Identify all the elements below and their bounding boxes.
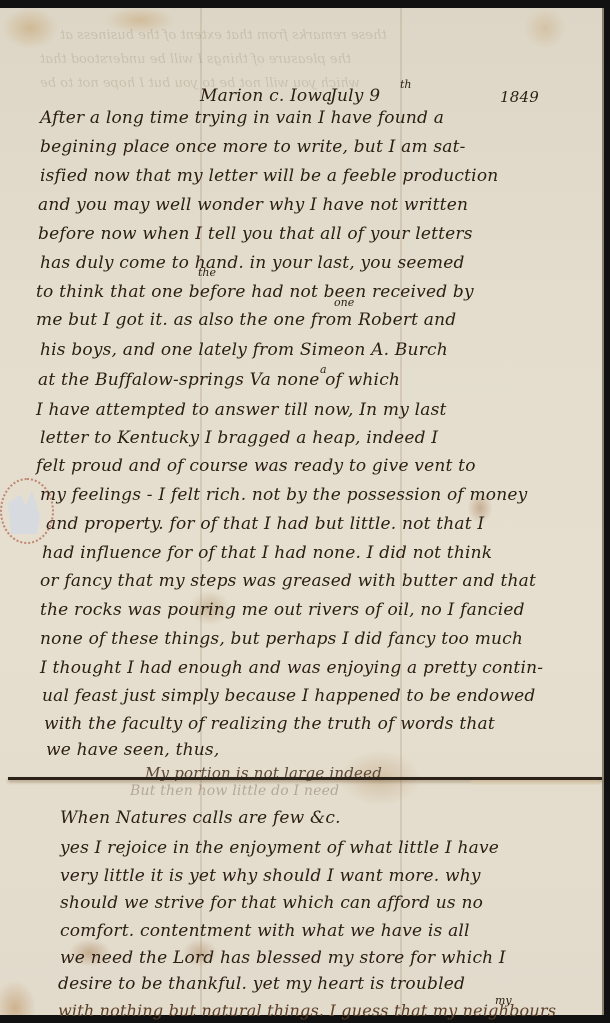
letter-line: before now when I tell you that all of y… xyxy=(38,224,473,244)
letter-date-suffix: th xyxy=(400,78,412,91)
letter-line: my feelings - I felt rich. not by the po… xyxy=(40,485,527,505)
paper-tear xyxy=(470,780,600,786)
letter-line: should we strive for that which can affo… xyxy=(60,893,483,913)
interlinear-insertion: the xyxy=(198,266,216,279)
letter-line: felt proud and of course was ready to gi… xyxy=(36,456,476,476)
letter-line: isfied now that my letter will be a feeb… xyxy=(40,166,498,186)
letter-line: or fancy that my steps was greased with … xyxy=(40,571,536,591)
letter-line: me but I got it. as also the one from Ro… xyxy=(36,310,456,330)
letter-line: very little it is yet why should I want … xyxy=(60,866,481,886)
letter-place: Marion c. Iowa xyxy=(200,86,332,106)
letter-line: we have seen, thus, xyxy=(46,740,219,760)
letter-line: comfort. contentment with what we have i… xyxy=(60,921,470,941)
letter-line: letter to Kentucky I bragged a heap, ind… xyxy=(40,428,438,448)
letter-line: none of these things, but perhaps I did … xyxy=(40,629,523,649)
letter-line: and you may well wonder why I have not w… xyxy=(38,195,468,215)
letter-line: begining place once more to write, but I… xyxy=(40,137,466,157)
fold-line xyxy=(400,8,402,1015)
letter-line: with nothing but natural things. I guess… xyxy=(58,1001,556,1020)
verse-line: But then how little do I need xyxy=(130,783,339,799)
letter-date: July 9 xyxy=(330,86,380,106)
verse-line: When Natures calls are few &c. xyxy=(60,808,341,828)
letter-line: had influence for of that I had none. I … xyxy=(42,543,492,563)
letter-year: 1849 xyxy=(500,88,539,106)
letter-line: I have attempted to answer till now, In … xyxy=(36,400,447,420)
interlinear-insertion: one xyxy=(334,296,354,309)
letter-line: After a long time trying in vain I have … xyxy=(40,108,444,128)
letter-line: with the faculty of realizing the truth … xyxy=(44,714,495,734)
fold-line xyxy=(200,8,202,1015)
bleed-through-text: the pleasure of things I will be underst… xyxy=(40,52,351,67)
letter-line: the rocks was pouring me out rivers of o… xyxy=(40,600,525,620)
letter-page: these remarks from that extent of the bu… xyxy=(0,8,604,1015)
letter-line: at the Buffalow-springs Va none of which xyxy=(38,370,400,390)
letter-line: we need the Lord has blessed my store fo… xyxy=(60,948,506,968)
letter-line: yes I rejoice in the enjoyment of what l… xyxy=(60,838,499,858)
letter-line: his boys, and one lately from Simeon A. … xyxy=(40,340,448,360)
letter-line: ual feast just simply because I happened… xyxy=(42,686,535,706)
letter-line: to think that one before had not been re… xyxy=(36,282,474,302)
letter-line: has duly come to hand. in your last, you… xyxy=(40,253,465,273)
letter-line: I thought I had enough and was enjoying … xyxy=(40,658,543,678)
bleed-through-text: these remarks from that extent of the bu… xyxy=(60,28,387,43)
letter-line: desire to be thankful. yet my heart is t… xyxy=(58,974,465,994)
letter-line: and property. for of that I had but litt… xyxy=(46,514,484,534)
